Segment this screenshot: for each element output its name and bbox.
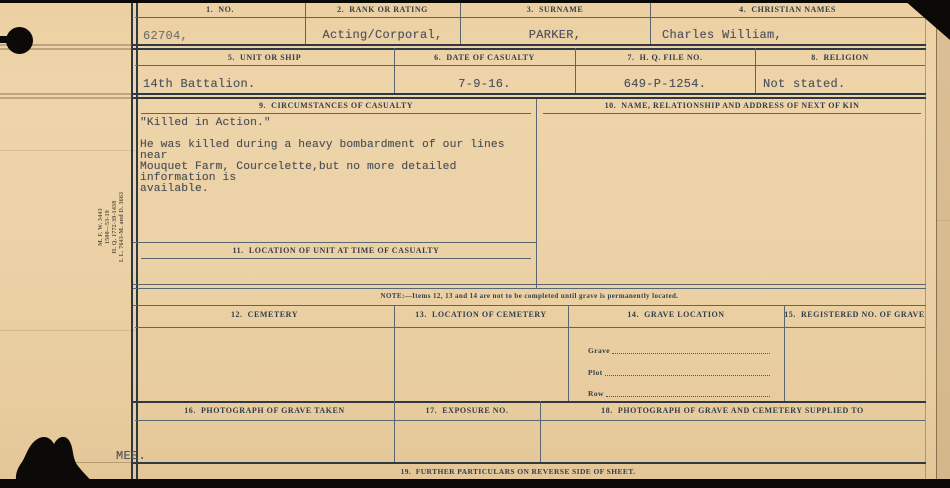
rule-line (133, 97, 926, 99)
rule-line (543, 113, 921, 114)
dotted-leader (606, 395, 770, 397)
field-label-exposure-no: 17. EXPOSURE NO. (394, 406, 540, 415)
dotted-leader (605, 374, 770, 376)
rule-line (133, 305, 926, 306)
plot-row: Plot (588, 367, 770, 377)
ink-blot (0, 418, 110, 488)
rule-line (0, 97, 133, 99)
field-label-registered-no: 15. REGISTERED NO. OF GRAVE (784, 310, 925, 319)
field-label-christian-names: 4. CHRISTIAN NAMES (650, 5, 925, 14)
rule-line (568, 305, 569, 401)
field-label-unit: 5. UNIT OR SHIP (135, 53, 394, 62)
field-value-christian-names: Charles William, (662, 28, 782, 42)
rule-line (135, 327, 925, 328)
rule-line (133, 93, 926, 95)
rule-line (133, 48, 926, 50)
field-label-no: 1. NO. (135, 5, 305, 14)
rule-line (133, 284, 926, 285)
card-right-edge (936, 3, 950, 479)
dotted-leader (612, 352, 770, 354)
field-label-unit-location: 11. LOCATION OF UNIT AT TIME OF CASUALTY (141, 246, 531, 255)
field-value-circumstances: "Killed in Action." He was killed during… (140, 118, 534, 195)
rule-line (784, 305, 785, 401)
paper-crease (0, 330, 135, 331)
paper-crease (936, 220, 950, 221)
field-label-religion: 8. RELIGION (755, 53, 925, 62)
rule-line (133, 242, 536, 243)
field-label-surname: 3. SURNAME (460, 5, 650, 14)
rule-line (536, 99, 537, 288)
rule-line (133, 462, 926, 464)
form-border-line (925, 3, 926, 479)
field-value-surname: PARKER, (460, 28, 650, 42)
field-value-no: 62704, (143, 29, 188, 43)
rule-line (133, 44, 926, 46)
row-row: Row (588, 388, 770, 398)
field-label-photo-supplied: 18. PHOTOGRAPH OF GRAVE AND CEMETERY SUP… (540, 406, 925, 415)
field-label-hq-file-no: 7. H. Q. FILE NO. (575, 53, 755, 62)
field-label-rank: 2. RANK OR RATING (305, 5, 460, 14)
row-sublabel: Row (588, 389, 604, 398)
rule-line (135, 17, 925, 18)
rule-line (141, 113, 531, 114)
form-border-line (131, 3, 133, 479)
field-label-grave-location: 14. GRAVE LOCATION (568, 310, 784, 319)
field-label-further-particulars: 19. FURTHER PARTICULARS ON REVERSE SIDE … (133, 467, 903, 476)
field-label-date-of-casualty: 6. DATE OF CASUALTY (394, 53, 575, 62)
rule-line (135, 420, 925, 421)
field-value-rank: Acting/Corporal, (305, 28, 460, 42)
form-note: NOTE:—Items 12, 13 and 14 are not to be … (133, 292, 926, 300)
field-label-cemetery-location: 13. LOCATION OF CEMETERY (394, 310, 568, 319)
field-value-hq-file-no: 649-P-1254. (575, 77, 755, 91)
rule-line (141, 258, 531, 259)
rule-line (135, 65, 925, 66)
field-value-unit: 14th Battalion. (143, 77, 256, 91)
grave-sublabel: Grave (588, 346, 610, 355)
plot-sublabel: Plot (588, 368, 603, 377)
rule-line (0, 93, 133, 95)
margin-annotation: MEE. (116, 449, 146, 463)
field-value-religion: Not stated. (763, 77, 846, 91)
paper-crease (0, 150, 135, 151)
rule-line (394, 305, 395, 401)
casualty-record-scan: 1. NO. 2. RANK OR RATING 3. SURNAME 4. C… (0, 0, 950, 488)
field-value-date-of-casualty: 7-9-16. (394, 77, 575, 91)
rule-line (133, 288, 926, 289)
grave-row: Grave (588, 345, 770, 355)
rule-line (133, 401, 926, 403)
punch-hole-tear (0, 36, 12, 43)
form-print-code: M. F. W. 3443 1500—53-19 H. Q. 1772-39-1… (98, 152, 126, 302)
field-label-photo-taken: 16. PHOTOGRAPH OF GRAVE TAKEN (135, 406, 394, 415)
field-label-next-of-kin: 10. NAME, RELATIONSHIP AND ADDRESS OF NE… (543, 101, 921, 110)
field-label-cemetery: 12. CEMETERY (135, 310, 394, 319)
field-label-circumstances: 9. CIRCUMSTANCES OF CASUALTY (141, 101, 531, 110)
